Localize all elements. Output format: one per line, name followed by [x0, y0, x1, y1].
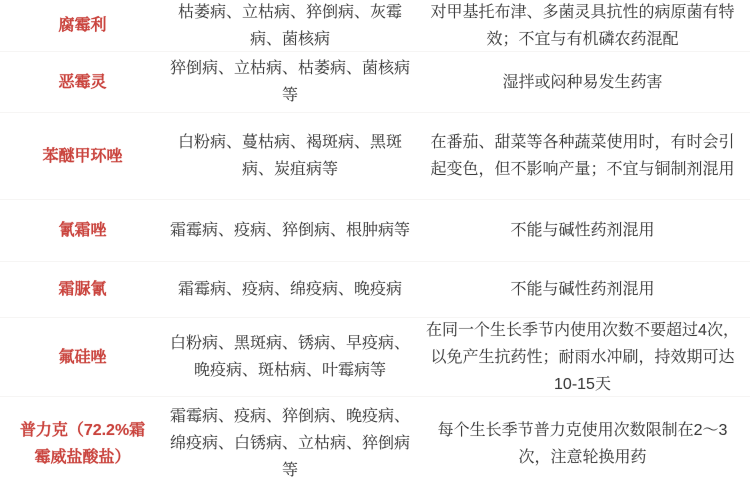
table-row: 霜脲氰 霜霉病、疫病、绵疫病、晚疫病 不能与碱性药剂混用: [0, 262, 750, 318]
usage-notes: 不能与碱性药剂混用: [415, 276, 750, 303]
bottom-whitespace: [0, 490, 750, 500]
target-diseases: 白粉病、黑斑病、锈病、早疫病、晚疫病、斑枯病、叶霉病等: [165, 330, 415, 384]
usage-notes: 湿拌或闷种易发生药害: [415, 69, 750, 96]
pesticide-name: 苯醚甲环唑: [0, 143, 165, 170]
target-diseases: 霜霉病、疫病、猝倒病、根肿病等: [165, 217, 415, 244]
table-row: 氟硅唑 白粉病、黑斑病、锈病、早疫病、晚疫病、斑枯病、叶霉病等 在同一个生长季节…: [0, 318, 750, 397]
fungicide-table: 腐霉利 枯萎病、立枯病、猝倒病、灰霉病、菌核病 对甲基托布津、多菌灵具抗性的病原…: [0, 0, 750, 500]
usage-notes: 在番茄、甜菜等各种蔬菜使用时，有时会引起变色，但不影响产量；不宜与铜制剂混用: [415, 129, 750, 183]
table-row: 氰霜唑 霜霉病、疫病、猝倒病、根肿病等 不能与碱性药剂混用: [0, 200, 750, 262]
table-row: 恶霉灵 猝倒病、立枯病、枯萎病、菌核病等 湿拌或闷种易发生药害: [0, 52, 750, 113]
usage-notes: 在同一个生长季节内使用次数不要超过4次，以免产生抗药性；耐雨水冲刷，持效期可达1…: [415, 317, 750, 398]
pesticide-name: 氰霜唑: [0, 217, 165, 244]
table-row: 普力克（72.2%霜霉威盐酸盐） 霜霉病、疫病、猝倒病、晚疫病、绵疫病、白锈病、…: [0, 397, 750, 490]
pesticide-name: 霜脲氰: [0, 276, 165, 303]
target-diseases: 霜霉病、疫病、绵疫病、晚疫病: [165, 276, 415, 303]
usage-notes: 不能与碱性药剂混用: [415, 217, 750, 244]
target-diseases: 猝倒病、立枯病、枯萎病、菌核病等: [165, 55, 415, 109]
fungicide-reference-table-page: 腐霉利 枯萎病、立枯病、猝倒病、灰霉病、菌核病 对甲基托布津、多菌灵具抗性的病原…: [0, 0, 750, 500]
usage-notes: 对甲基托布津、多菌灵具抗性的病原菌有特效；不宜与有机磷农药混配: [415, 0, 750, 53]
table-row: 苯醚甲环唑 白粉病、蔓枯病、褐斑病、黑斑病、炭疽病等 在番茄、甜菜等各种蔬菜使用…: [0, 113, 750, 200]
target-diseases: 白粉病、蔓枯病、褐斑病、黑斑病、炭疽病等: [165, 129, 415, 183]
target-diseases: 枯萎病、立枯病、猝倒病、灰霉病、菌核病: [165, 0, 415, 53]
pesticide-name: 氟硅唑: [0, 344, 165, 371]
target-diseases: 霜霉病、疫病、猝倒病、晚疫病、绵疫病、白锈病、立枯病、猝倒病等: [165, 403, 415, 484]
pesticide-name: 普力克（72.2%霜霉威盐酸盐）: [0, 417, 165, 471]
table-row: 腐霉利 枯萎病、立枯病、猝倒病、灰霉病、菌核病 对甲基托布津、多菌灵具抗性的病原…: [0, 0, 750, 52]
pesticide-name: 恶霉灵: [0, 69, 165, 96]
pesticide-name: 腐霉利: [0, 12, 165, 39]
usage-notes: 每个生长季节普力克使用次数限制在2～3次，注意轮换用药: [415, 417, 750, 471]
